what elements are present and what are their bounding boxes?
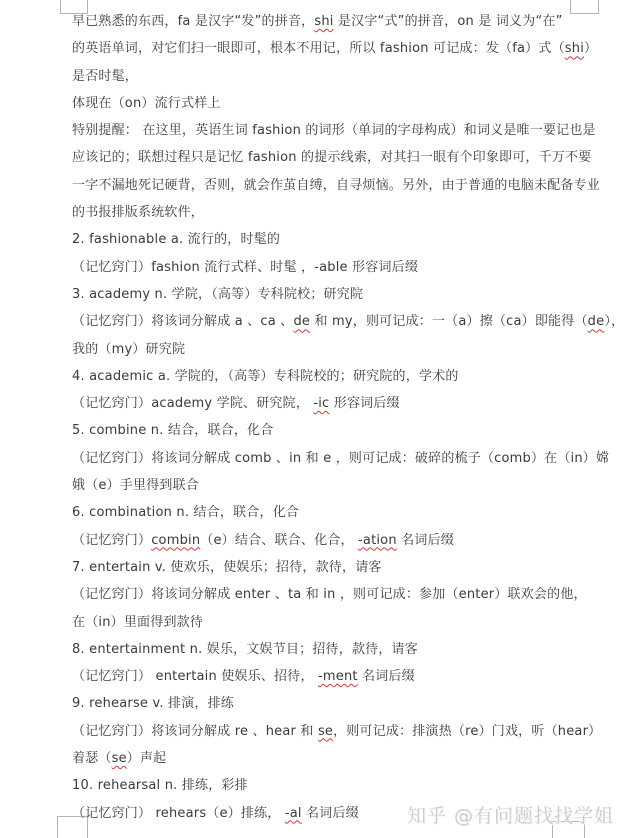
text-segment: 9. rehearse v. 排演，排练 [72,696,234,711]
document-line: （记忆窍门）将该词分解成 enter 、ta 和 in ，则可记成：参加（ent… [72,581,577,608]
text-segment: （记忆窍门）fashion 流行式样、时髦 ，-able 形容词后缀 [72,260,418,275]
text-segment: 名词后缀 [302,806,359,821]
misspelled-word: -ment [318,669,358,684]
text-segment: 我的（my）研究院 [72,342,185,357]
document-line: （记忆窍门）fashion 流行式样、时髦 ，-able 形容词后缀 [72,254,577,281]
misspelled-word: -ic [313,396,329,411]
text-segment: 8. entertainment n. 娱乐，文娱节目；招待，款待，请客 [72,642,418,657]
document-line: 特别提醒： 在这里，英语生词 fashion 的词形（单词的字母构成）和词义是唯… [72,117,577,144]
text-segment: （记忆窍门） entertain 使娱乐、招待， [72,669,318,684]
document-line: 7. entertain v. 使欢乐，使娱乐；招待，款待，请客 [72,554,577,581]
document-line: 在（in）里面得到款待 [72,609,577,636]
text-segment: 7. entertain v. 使欢乐，使娱乐；招待，款待，请客 [72,560,382,575]
misspelled-word: de [293,314,310,329]
text-block: 早已熟悉的东西，fa 是汉字“发”的拼音，shi 是汉字“式”的拼音，on 是 … [72,8,577,827]
text-segment: 6. combination n. 结合，联合，化合 [72,505,299,520]
text-segment: ）， [604,314,624,329]
text-segment: （记忆窍门）将该词分解成 comb 、in 和 e ，则可记成：破碎的梳子（co… [72,451,609,466]
document-line: （记忆窍门）将该词分解成 comb 、in 和 e ，则可记成：破碎的梳子（co… [72,445,577,472]
document-line: 着瑟（se）声起 [72,745,577,772]
document-page: 早已熟悉的东西，fa 是汉字“发”的拼音，shi 是汉字“式”的拼音，on 是 … [0,0,640,838]
misspelled-word: se [318,724,333,739]
text-segment: （记忆窍门）将该词分解成 a 、ca 、 [72,314,293,329]
document-line: 我的（my）研究院 [72,336,577,363]
document-line: （记忆窍门）将该词分解成 a 、ca 、de 和 my，则可记成：一（a）擦（c… [72,308,577,335]
document-line: （记忆窍门）将该词分解成 re 、hear 和 se，则可记成：排演热（re）门… [72,718,577,745]
document-line: （记忆窍门）combin（e）结合、联合、化合， -ation 名词后缀 [72,527,577,554]
text-segment: 早已熟悉的东西，fa 是汉字“发”的拼音， [72,14,314,29]
text-segment: 特别提醒： 在这里，英语生词 fashion 的词形（单词的字母构成）和词义是唯… [72,123,596,138]
document-line: 8. entertainment n. 娱乐，文娱节目；招待，款待，请客 [72,636,577,663]
document-line: 体现在（on）流行式样上 [72,90,577,117]
document-line: （记忆窍门）academy 学院、研究院， -ic 形容词后缀 [72,390,577,417]
text-segment: （记忆窍门） [72,533,151,548]
misspelled-word: combin [151,533,200,548]
document-line: 10. rehearsal n. 排练，彩排 [72,772,577,799]
misspelled-word: de [588,314,605,329]
text-segment: 形容词后缀 [329,396,399,411]
text-segment: ）声起 [127,751,167,766]
document-line: 的书报排版系统软件， [72,199,577,226]
document-line: 6. combination n. 结合，联合，化合 [72,499,577,526]
document-line: 早已熟悉的东西，fa 是汉字“发”的拼音，shi 是汉字“式”的拼音，on 是 … [72,8,577,35]
document-line: 娥（e）手里得到联合 [72,472,577,499]
document-line: 2. fashionable a. 流行的，时髦的 [72,226,577,253]
text-segment: 的书报排版系统软件， [72,205,204,220]
misspelled-word: -al [285,806,302,821]
text-segment: 10. rehearsal n. 排练，彩排 [72,778,248,793]
text-segment: 在（in）里面得到款待 [72,615,203,630]
text-segment: 一字不漏地死记硬背，否则，就会作茧自缚，自寻烦恼。另外，由于普通的电脑未配备专业 [72,178,600,193]
text-segment: 着瑟（ [72,751,112,766]
text-segment: 和 my，则可记成：一（a）擦（ca）即能得（ [310,314,588,329]
text-segment: ，则可记成：排演热（re）门戏，听（hear） [333,724,601,739]
text-segment: 应该记的；联想过程只是记忆 fashion 的提示线索，对其扫一眼有个印象即可，… [72,150,591,165]
document-line: （记忆窍门） entertain 使娱乐、招待， -ment 名词后缀 [72,663,577,690]
document-line: 9. rehearse v. 排演，排练 [72,690,577,717]
misspelled-word: shi [565,41,584,56]
text-segment: （记忆窍门） rehears（e）排练， [72,806,285,821]
document-line: 一字不漏地死记硬背，否则，就会作茧自缚，自寻烦恼。另外，由于普通的电脑未配备专业 [72,172,577,199]
document-line: 的英语单词，对它们扫一眼即可，根本不用记，所以 fashion 可记成：发（fa… [72,35,577,62]
text-segment: ） [584,41,597,56]
text-segment: （记忆窍门）将该词分解成 re 、hear 和 [72,724,318,739]
text-segment: 是否时髦， [72,69,138,84]
misspelled-word: se [112,751,127,766]
text-segment: （记忆窍门）将该词分解成 enter 、ta 和 in ，则可记成：参加（ent… [72,587,587,602]
document-line: 3. academy n. 学院，（高等）专科院校；研究院 [72,281,577,308]
misspelled-word: -ation [358,533,397,548]
document-line: 是否时髦， [72,63,577,90]
text-segment: （e）结合、联合、化合， [200,533,358,548]
text-segment: 是汉字“式”的拼音，on 是 词义为“在” [334,14,563,29]
text-segment: 名词后缀 [358,669,415,684]
text-segment: 名词后缀 [397,533,454,548]
document-line: 5. combine n. 结合，联合，化合 [72,417,577,444]
text-segment: 5. combine n. 结合，联合，化合 [72,423,273,438]
text-segment: 4. academic a. 学院的，（高等）专科院校的；研究院的，学术的 [72,369,459,384]
text-segment: 娥（e）手里得到联合 [72,478,199,493]
watermark: 知乎 @有问题找找学姐 [407,801,614,828]
text-segment: 3. academy n. 学院，（高等）专科院校；研究院 [72,287,363,302]
text-segment: 2. fashionable a. 流行的，时髦的 [72,232,280,247]
document-line: 应该记的；联想过程只是记忆 fashion 的提示线索，对其扫一眼有个印象即可，… [72,144,577,171]
text-segment: 体现在（on）流行式样上 [72,96,221,111]
text-segment: 的英语单词，对它们扫一眼即可，根本不用记，所以 fashion 可记成：发（fa… [72,41,565,56]
text-segment: （记忆窍门）academy 学院、研究院， [72,396,313,411]
misspelled-word: shi [314,14,333,29]
document-line: 4. academic a. 学院的，（高等）专科院校的；研究院的，学术的 [72,363,577,390]
